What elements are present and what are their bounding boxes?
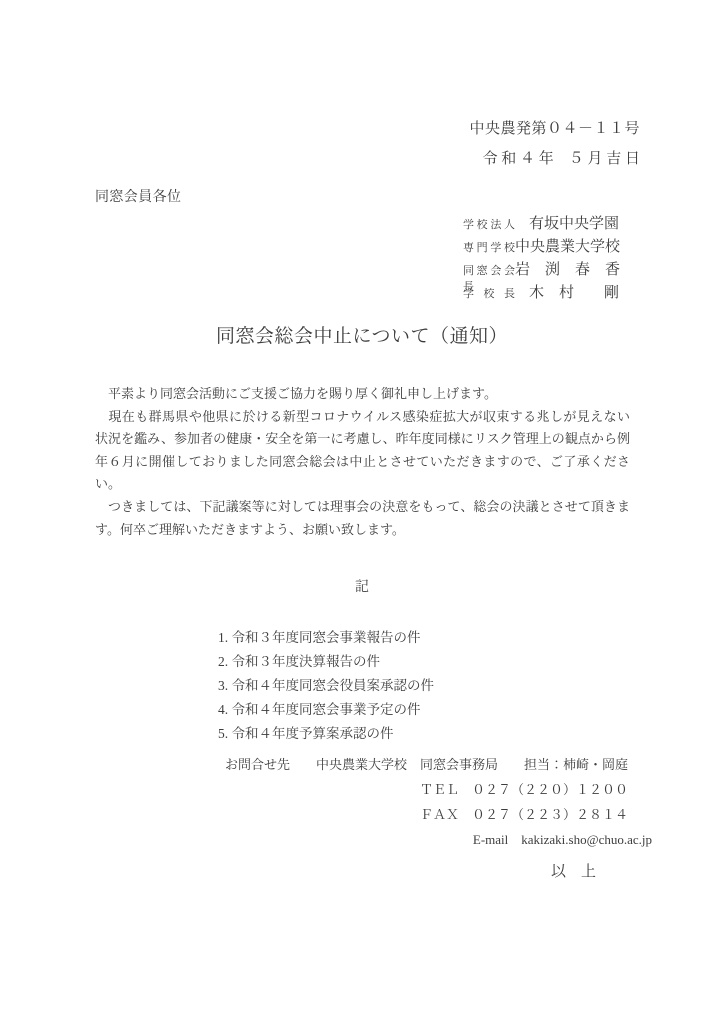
body-text-line: つきましては、下記議案等に対しては理事会の決意をもって、総会の決議とさせて頂きま: [95, 496, 630, 519]
contact-email-line: E-mail kakizaki.sho@chuo.ac.jp: [225, 827, 652, 852]
record-heading: 記: [0, 576, 724, 596]
sender-row: 学校長 木 村 剛: [463, 281, 619, 304]
contact-heading-line: お問合せ先 中央農業大学校 同窓会事務局 担当：柿崎・岡庭: [225, 752, 628, 777]
body-text: 平素より同窓会活動にご支援ご協力を賜り厚く御礼申し上げます。 現在も群馬県や他県…: [95, 383, 630, 541]
agenda-item: 5. 令和４年度予算案承認の件: [218, 722, 434, 746]
sender-name: 岩 渕 春 香: [515, 258, 620, 279]
contact-block: お問合せ先 中央農業大学校 同窓会事務局 担当：柿崎・岡庭 ＴＥＬ ０２７（２２…: [225, 752, 628, 852]
sender-role-label: 学校法人: [463, 216, 515, 232]
date-line: 令 和 ４ 年 ５ 月 吉 日: [482, 147, 640, 168]
agenda-list: 1. 令和３年度同窓会事業報告の件 2. 令和３年度決算報告の件 3. 令和４年…: [218, 626, 434, 746]
sender-role-label: 専門学校: [463, 239, 515, 255]
sender-name: 木 村 剛: [529, 281, 619, 302]
sender-block: 学校法人 有坂中央学園 専門学校 中央農業大学校 同窓会会長 岩 渕 春 香 学…: [463, 212, 619, 304]
sender-name: 有坂中央学園: [529, 212, 619, 233]
document-title: 同窓会総会中止について（通知）: [0, 321, 724, 348]
body-text-line: 平素より同窓会活動にご支援ご協力を賜り厚く御礼申し上げます。: [95, 383, 630, 406]
agenda-item: 3. 令和４年度同窓会役員案承認の件: [218, 674, 434, 698]
body-text-line: い。: [95, 473, 630, 496]
agenda-item: 4. 令和４年度同窓会事業予定の件: [218, 698, 434, 722]
body-text-line: 年６月に開催しておりました同窓会総会は中止とさせていただきますので、ご了承くださ: [95, 451, 630, 474]
sender-role-label: 学校長: [463, 285, 515, 301]
body-text-line: す。何卒ご理解いただきますよう、お願い致します。: [95, 519, 630, 542]
closing-word: 以 上: [551, 860, 596, 881]
agenda-item: 1. 令和３年度同窓会事業報告の件: [218, 626, 434, 650]
addressee: 同窓会員各位: [95, 186, 181, 206]
body-text-line: 現在も群馬県や他県に於ける新型コロナウイルス感染症拡大が収束する兆しが見えない: [95, 406, 630, 429]
body-text-line: 状況を鑑み、参加者の健康・安全を第一に考慮し、昨年度同様にリスク管理上の観点から…: [95, 428, 630, 451]
sender-row: 専門学校 中央農業大学校: [463, 235, 619, 258]
sender-row: 学校法人 有坂中央学園: [463, 212, 619, 235]
sender-name: 中央農業大学校: [515, 235, 620, 256]
sender-row: 同窓会会長 岩 渕 春 香: [463, 258, 619, 281]
doc-number-line: 中央農発第０４－１１号: [469, 117, 640, 138]
contact-tel-line: ＴＥＬ ０２７（２２０）１２００: [225, 777, 628, 802]
document-page: 中央農発第０４－１１号 令 和 ４ 年 ５ 月 吉 日 同窓会員各位 学校法人 …: [0, 0, 724, 1024]
agenda-item: 2. 令和３年度決算報告の件: [218, 650, 434, 674]
contact-fax-line: ＦＡＸ ０２７（２２３）２８１４: [225, 802, 628, 827]
